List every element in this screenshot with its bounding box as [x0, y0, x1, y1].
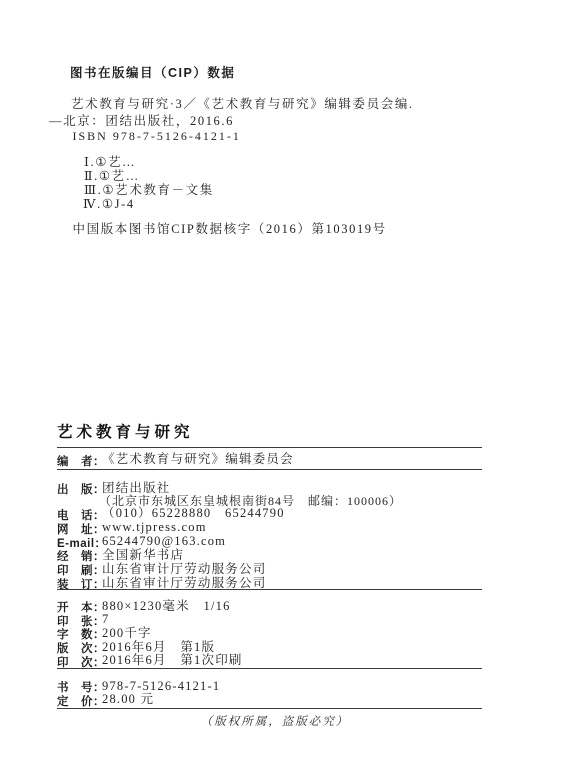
copyright-notice: （版权所属，盗版必究） [57, 717, 493, 729]
isbn-value: 978-7-5126-4121-1 [102, 680, 220, 693]
cip-classification-3: Ⅲ.①艺术教育－文集 [84, 184, 214, 197]
distributor-value: 全国新华书店 [102, 549, 184, 562]
divider-under-contacts [57, 589, 482, 590]
cip-heading: 图书在版编目（CIP）数据 [70, 67, 235, 80]
phone-value: （010）65228880 65244790 [102, 507, 285, 520]
cip-classification-2: Ⅱ.①艺… [84, 170, 140, 183]
divider-above-notice [57, 708, 482, 709]
impression-row: 印 次： 2016年6月 第1次印刷 [57, 654, 105, 668]
email-value: 65244790@163.com [102, 535, 226, 548]
cip-entry-line2: —北京：团结出版社，2016.6 [49, 115, 234, 128]
distributor-row: 经 销： 全国新华书店 [57, 548, 105, 562]
price-value: 28.00 元 [102, 693, 154, 706]
divider-under-title [57, 447, 482, 448]
divider-under-specs [57, 668, 482, 669]
cip-entry-line1: 艺术教育与研究·3／《艺术教育与研究》编辑委员会编. [71, 98, 414, 111]
wordcount-value: 200千字 [102, 627, 152, 640]
edition-row: 版 次： 2016年6月 第1版 [57, 640, 105, 654]
publisher-row: 出 版： 团结出版社 [57, 481, 105, 495]
phone-row: 电 话： （010）65228880 65244790 [57, 507, 105, 521]
editor-value: 《艺术教育与研究》编辑委员会 [102, 453, 294, 466]
format-row: 开 本： 880×1230毫米 1/16 [57, 599, 105, 613]
price-label: 定 价： [57, 697, 105, 709]
printer-row: 印 刷： 山东省审计厅劳动服务公司 [57, 562, 105, 576]
copyright-page: 图书在版编目（CIP）数据 艺术教育与研究·3／《艺术教育与研究》编辑委员会编.… [0, 0, 565, 768]
sheets-row: 印 张： 7 [57, 613, 105, 627]
format-value: 880×1230毫米 1/16 [102, 600, 231, 613]
cip-classification-1: Ⅰ.①艺… [84, 156, 136, 169]
website-row: 网 址： www.tjpress.com [57, 521, 105, 535]
cip-isbn-line: ISBN 978-7-5126-4121-1 [73, 130, 241, 142]
publisher-value: 团结出版社 [102, 482, 171, 495]
isbn-row: 书 号： 978-7-5126-4121-1 [57, 679, 105, 693]
book-title: 艺术教育与研究 [57, 425, 194, 441]
binder-value: 山东省审计厅劳动服务公司 [102, 577, 266, 590]
printer-value: 山东省审计厅劳动服务公司 [102, 563, 266, 576]
email-row: E-mail： 65244790@163.com [57, 535, 107, 549]
website-value: www.tjpress.com [102, 521, 207, 534]
cip-classification-4: Ⅳ.①J-4 [83, 198, 135, 211]
editor-label: 编 者： [57, 457, 105, 469]
cip-record-line: 中国版本图书馆CIP数据核字（2016）第103019号 [73, 223, 387, 236]
publisher-label: 出 版： [57, 485, 105, 497]
wordcount-row: 字 数： 200千字 [57, 626, 105, 640]
price-row: 定 价： 28.00 元 [57, 693, 105, 707]
sheets-value: 7 [102, 613, 109, 626]
edition-value: 2016年6月 第1版 [102, 641, 215, 654]
divider-under-editor [57, 469, 482, 470]
editor-row: 编 者： 《艺术教育与研究》编辑委员会 [57, 453, 105, 467]
impression-value: 2016年6月 第1次印刷 [102, 654, 243, 667]
binder-row: 装 订： 山东省审计厅劳动服务公司 [57, 576, 105, 590]
